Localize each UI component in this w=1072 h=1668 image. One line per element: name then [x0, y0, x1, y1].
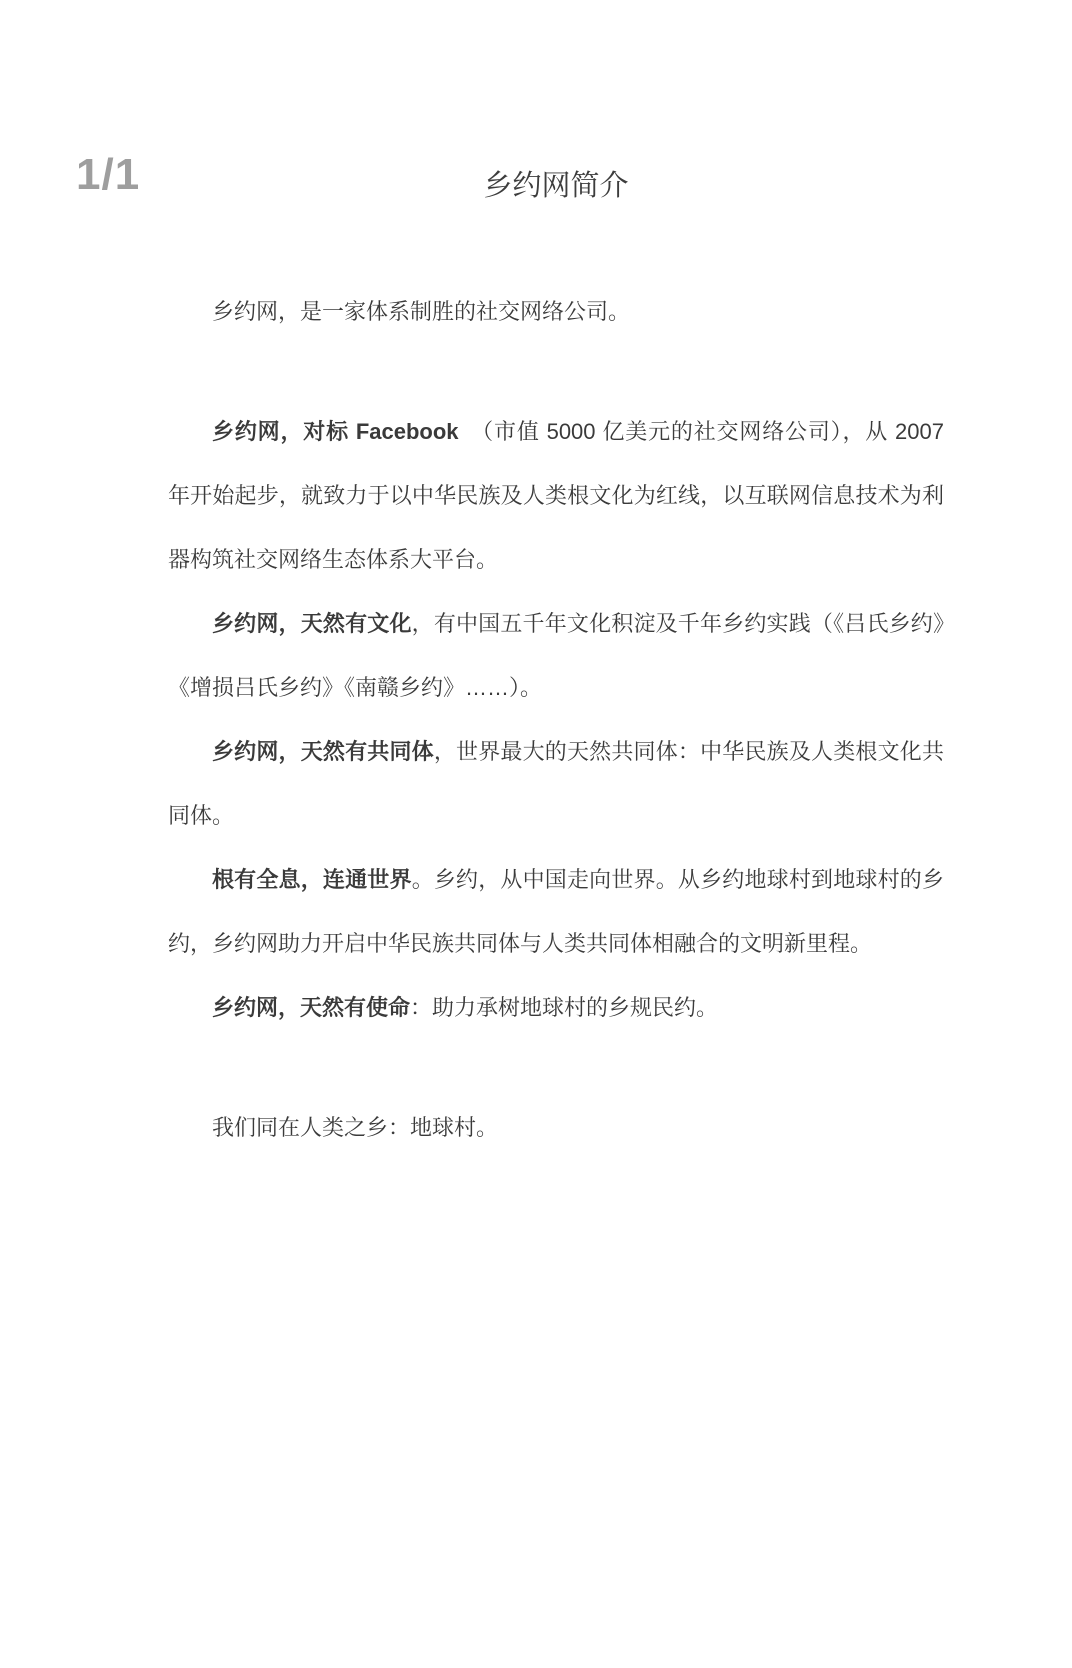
paragraph-run-bold: 乡约网，天然有使命 — [212, 995, 410, 1020]
document-title: 乡约网简介 — [168, 163, 944, 204]
paragraph-run: ：助力承树地球村的乡规民约。 — [410, 995, 718, 1020]
paragraph-run-bold: 乡约网，对标 Facebook — [212, 419, 459, 444]
paragraph-facebook-benchmark: 乡约网，对标 Facebook （市值 5000 亿美元的社交网络公司），从 2… — [168, 400, 944, 592]
paragraph-mission: 乡约网，天然有使命：助力承树地球村的乡规民约。 — [168, 976, 944, 1040]
paragraph-run-bold: 乡约网，天然有共同体 — [212, 739, 434, 764]
paragraph-run: 我们同在人类之乡：地球村。 — [212, 1115, 498, 1140]
paragraph-run-bold: 根有全息，连通世界 — [212, 867, 412, 892]
paragraph-culture: 乡约网，天然有文化，有中国五千年文化积淀及千年乡约实践（《吕氏乡约》《增损吕氏乡… — [168, 592, 944, 720]
paragraph-intro: 乡约网，是一家体系制胜的社交网络公司。 — [168, 280, 944, 344]
page-number-indicator: 1/1 — [76, 150, 140, 200]
document-body: 乡约网，是一家体系制胜的社交网络公司。 乡约网，对标 Facebook （市值 … — [168, 280, 944, 1160]
paragraph-closing: 我们同在人类之乡：地球村。 — [168, 1096, 944, 1160]
paragraph-connect-world: 根有全息，连通世界。乡约，从中国走向世界。从乡约地球村到地球村的乡约，乡约网助力… — [168, 848, 944, 976]
paragraph-run-bold: 乡约网，天然有文化 — [212, 611, 412, 636]
paragraph-community: 乡约网，天然有共同体，世界最大的天然共同体：中华民族及人类根文化共同体。 — [168, 720, 944, 848]
document-page: 1/1 乡约网简介 乡约网，是一家体系制胜的社交网络公司。 乡约网，对标 Fac… — [0, 0, 1072, 1668]
paragraph-run: 乡约网，是一家体系制胜的社交网络公司。 — [212, 299, 630, 324]
